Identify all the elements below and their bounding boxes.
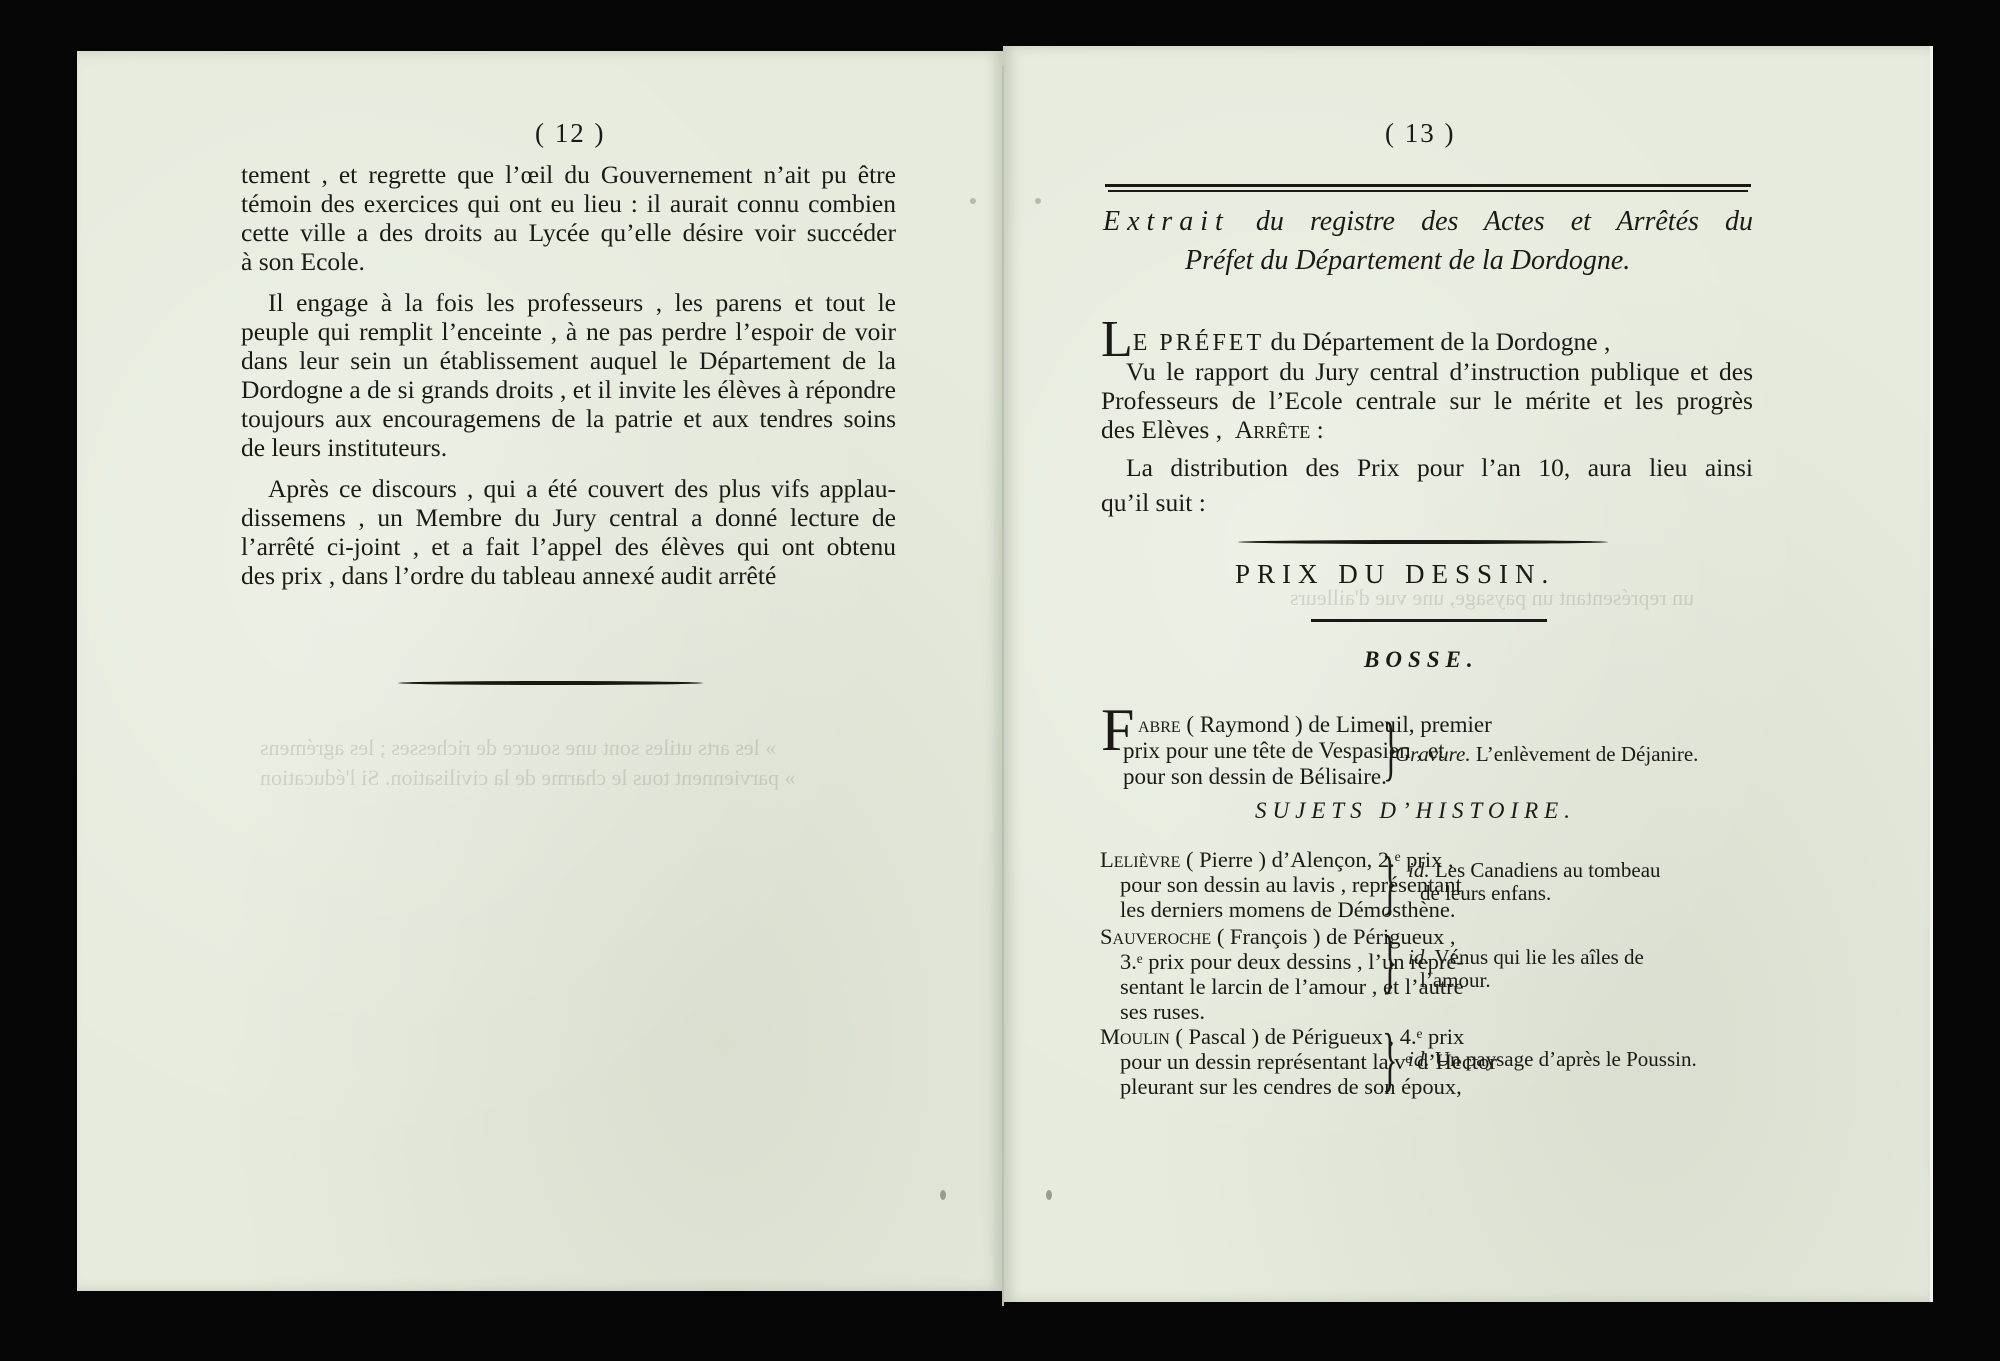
- text-line: La distribution des Prix pour l’an 10, a…: [1126, 453, 1753, 482]
- show-through-text: » parviennent tous le charme de la civil…: [260, 765, 795, 791]
- prize-text: ( Pascal ) de Périgueux , 4.ᵉ prix: [1175, 1024, 1464, 1049]
- double-rule-bottom: [1108, 190, 1748, 192]
- decree-opening: LE PRÉFET du Département de la Dordogne …: [1101, 320, 1610, 360]
- text-line: peuple qui remplit l’enceinte , à ne pas…: [241, 317, 896, 346]
- text-line: des Elèves , Arrête :: [1101, 415, 1324, 444]
- note-text: Vénus qui lie les aîles de: [1434, 945, 1643, 969]
- page-number-right: ( 13 ): [1385, 118, 1455, 149]
- prize-line: pleurant sur les cendres de son époux,: [1120, 1072, 1462, 1101]
- brace-icon: }: [1382, 925, 1398, 997]
- page-number-left: ( 12 ): [535, 118, 605, 149]
- prize-name: abre: [1138, 712, 1181, 737]
- note-text: L’enlèvement de Déjanire.: [1476, 742, 1699, 766]
- prize-name: Lelièvre: [1100, 847, 1180, 872]
- show-through-text: » les arts utiles sont une source de ric…: [260, 735, 776, 761]
- text-fragment: des Elèves ,: [1101, 415, 1222, 444]
- prize-name: Moulin: [1100, 1024, 1170, 1049]
- prize-line: pour son dessin de Bélisaire.: [1123, 762, 1387, 791]
- prize-line: abre ( Raymond ) de Limeuil, premier: [1138, 710, 1492, 739]
- decree-opening-rest: du Département de la Dordogne ,: [1270, 327, 1610, 356]
- text-line: toujours aux encouragemens de la patrie …: [241, 404, 896, 433]
- prize-note: Gravure. L’enlèvement de Déjanire.: [1395, 742, 1698, 767]
- text-line: de leurs instituteurs.: [241, 433, 447, 462]
- prize-line: les derniers momens de Démosthène.: [1120, 895, 1456, 924]
- double-rule-top: [1105, 184, 1751, 187]
- text-line: dissemens , un Membre du Jury central a …: [241, 503, 896, 532]
- prize-note: de leurs enfans.: [1420, 881, 1551, 906]
- text-line: des prix , dans l’ordre du tableau annex…: [241, 561, 776, 590]
- text-line: à son Ecole.: [241, 247, 365, 276]
- book-gutter: [1002, 66, 1004, 1306]
- note-label: Gravure.: [1395, 742, 1471, 766]
- text-line: Professeurs de l’Ecole centrale sur le m…: [1101, 386, 1753, 415]
- text-line: qu’il suit :: [1101, 488, 1206, 517]
- prize-note: id. Vénus qui lie les aîles de: [1408, 945, 1644, 970]
- stitch-hole: [1046, 1190, 1052, 1200]
- header-line-1-rest: du registre des Actes et Arrêtés du: [1256, 206, 1753, 237]
- prize-note: id. Un paysage d’après le Poussin.: [1408, 1047, 1697, 1072]
- text-line: l’arrêté ci-joint , et a fait l’appel de…: [241, 532, 896, 561]
- text-line: Vu le rapport du Jury central d’instruct…: [1126, 357, 1753, 386]
- decree-prefet: E PRÉFET: [1133, 330, 1264, 356]
- stitch-hole: [970, 198, 976, 204]
- ornamental-rule: [1238, 540, 1608, 544]
- header-line-2: Préfet du Département de la Dordogne.: [1185, 244, 1630, 278]
- arrete-word: Arrête :: [1235, 415, 1324, 444]
- prize-name: Sauveroche: [1100, 924, 1211, 949]
- text-line: témoin des exercices qui ont eu lieu : i…: [241, 189, 896, 218]
- note-text: Les Canadiens au tombeau: [1435, 858, 1661, 882]
- brace-icon: }: [1382, 846, 1398, 918]
- ornamental-rule: [398, 681, 703, 685]
- subsection-histoire: SUJETS D’HISTOIRE.: [1255, 796, 1576, 825]
- prize-text: ( Raymond ) de Limeuil, premier: [1186, 712, 1491, 737]
- stitch-hole: [940, 1190, 946, 1200]
- note-label: id.: [1408, 945, 1430, 969]
- text-line: Dordogne a de si grands droits , et il i…: [241, 375, 896, 404]
- header-extrait: Extrait: [1103, 206, 1230, 237]
- prize-note: l’amour.: [1420, 968, 1491, 993]
- text-line: Il engage à la fois les professeurs , le…: [268, 288, 896, 317]
- brace-icon: }: [1382, 1023, 1398, 1095]
- stitch-hole: [1035, 198, 1041, 204]
- note-label: id.: [1408, 858, 1430, 882]
- note-text: Un paysage d’après le Poussin.: [1435, 1047, 1697, 1071]
- text-line: dans leur sein un établissement auquel l…: [241, 346, 896, 375]
- text-line: tement , et regrette que l’œil du Gouver…: [241, 160, 896, 189]
- header-line-1: Extrait du registre des Actes et Arrêtés…: [1103, 205, 1753, 239]
- subsection-bosse: BOSSE.: [1364, 645, 1479, 674]
- short-rule: [1311, 619, 1547, 622]
- prize-note: id. Les Canadiens au tombeau: [1408, 858, 1661, 883]
- text-line: cette ville a des droits au Lycée qu’ell…: [241, 218, 896, 247]
- section-title: PRIX DU DESSIN.: [1235, 560, 1555, 589]
- text-line: Après ce discours , qui a été couvert de…: [268, 474, 896, 503]
- note-label: id.: [1408, 1047, 1430, 1071]
